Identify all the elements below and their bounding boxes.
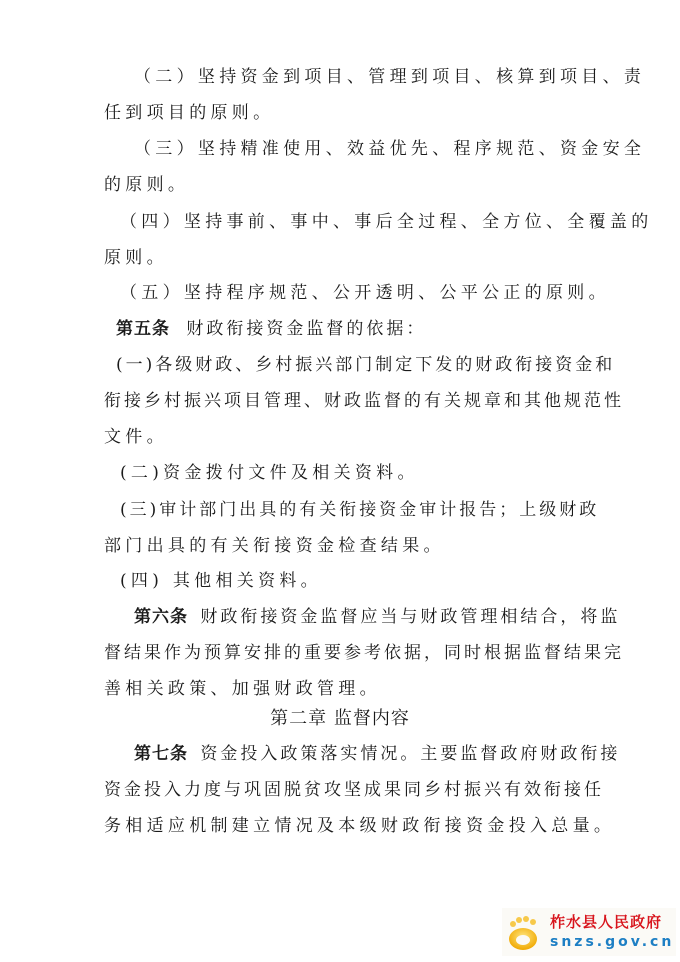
paragraph-line: （三）坚持精准使用、效益优先、程序规范、资金安全 bbox=[134, 137, 578, 161]
site-url: snzs.gov.cn bbox=[550, 935, 674, 949]
paragraph-line: 任到项目的原则。 bbox=[104, 101, 578, 125]
footprint-logo-icon bbox=[506, 912, 542, 952]
paragraph-line: 善相关政策、加强财政管理。 bbox=[104, 677, 578, 701]
paragraph-line: （四）坚持事前、事中、事后全过程、全方位、全覆盖的 bbox=[120, 210, 578, 234]
site-name: 柞水县人民政府 bbox=[550, 915, 674, 930]
article-5-line: 第五条 财政衔接资金监督的依据： bbox=[116, 317, 578, 341]
paragraph-line: 文件。 bbox=[104, 425, 578, 449]
paragraph-line: 衔接乡村振兴项目管理、财政监督的有关规章和其他规范性 bbox=[104, 389, 578, 413]
article-6-line: 第六条 财政衔接资金监督应当与财政管理相结合，将监 bbox=[134, 605, 578, 629]
paragraph-line: 务相适应机制建立情况及本级财政衔接资金投入总量。 bbox=[104, 814, 578, 838]
paragraph-line: 的原则。 bbox=[104, 173, 578, 197]
paragraph-line: 督结果作为预算安排的重要参考依据，同时根据监督结果完 bbox=[104, 641, 578, 665]
paragraph-line: （二）坚持资金到项目、管理到项目、核算到项目、责 bbox=[134, 65, 578, 89]
paragraph-line: 原则。 bbox=[104, 246, 578, 270]
article-5-heading: 第五条 bbox=[116, 319, 170, 339]
paragraph-line: (三)审计部门出具的有关衔接资金审计报告；上级财政 bbox=[120, 498, 578, 522]
paragraph-line: （五）坚持程序规范、公开透明、公平公正的原则。 bbox=[120, 281, 578, 305]
paragraph-line: (一)各级财政、乡村振兴部门制定下发的财政衔接资金和 bbox=[116, 353, 578, 377]
chapter-heading: 第二章 监督内容 bbox=[0, 707, 680, 731]
paragraph-line: 部门出具的有关衔接资金检查结果。 bbox=[104, 534, 578, 558]
paragraph-line: (四) 其他相关资料。 bbox=[120, 569, 578, 593]
article-5-text: 财政衔接资金监督的依据： bbox=[186, 319, 426, 339]
article-6-heading: 第六条 bbox=[134, 607, 188, 627]
paragraph-line: 资金投入力度与巩固脱贫攻坚成果同乡村振兴有效衔接任 bbox=[104, 778, 578, 802]
article-7-text: 资金投入政策落实情况。主要监督政府财政衔接 bbox=[200, 744, 620, 764]
document-page: （二）坚持资金到项目、管理到项目、核算到项目、责 任到项目的原则。 （三）坚持精… bbox=[0, 0, 680, 962]
article-6-text: 财政衔接资金监督应当与财政管理相结合，将监 bbox=[200, 607, 620, 627]
article-7-heading: 第七条 bbox=[134, 744, 188, 764]
article-7-line: 第七条 资金投入政策落实情况。主要监督政府财政衔接 bbox=[134, 742, 578, 766]
paragraph-line: (二)资金拨付文件及相关资料。 bbox=[120, 461, 578, 485]
site-watermark: 柞水县人民政府 snzs.gov.cn bbox=[502, 908, 676, 956]
